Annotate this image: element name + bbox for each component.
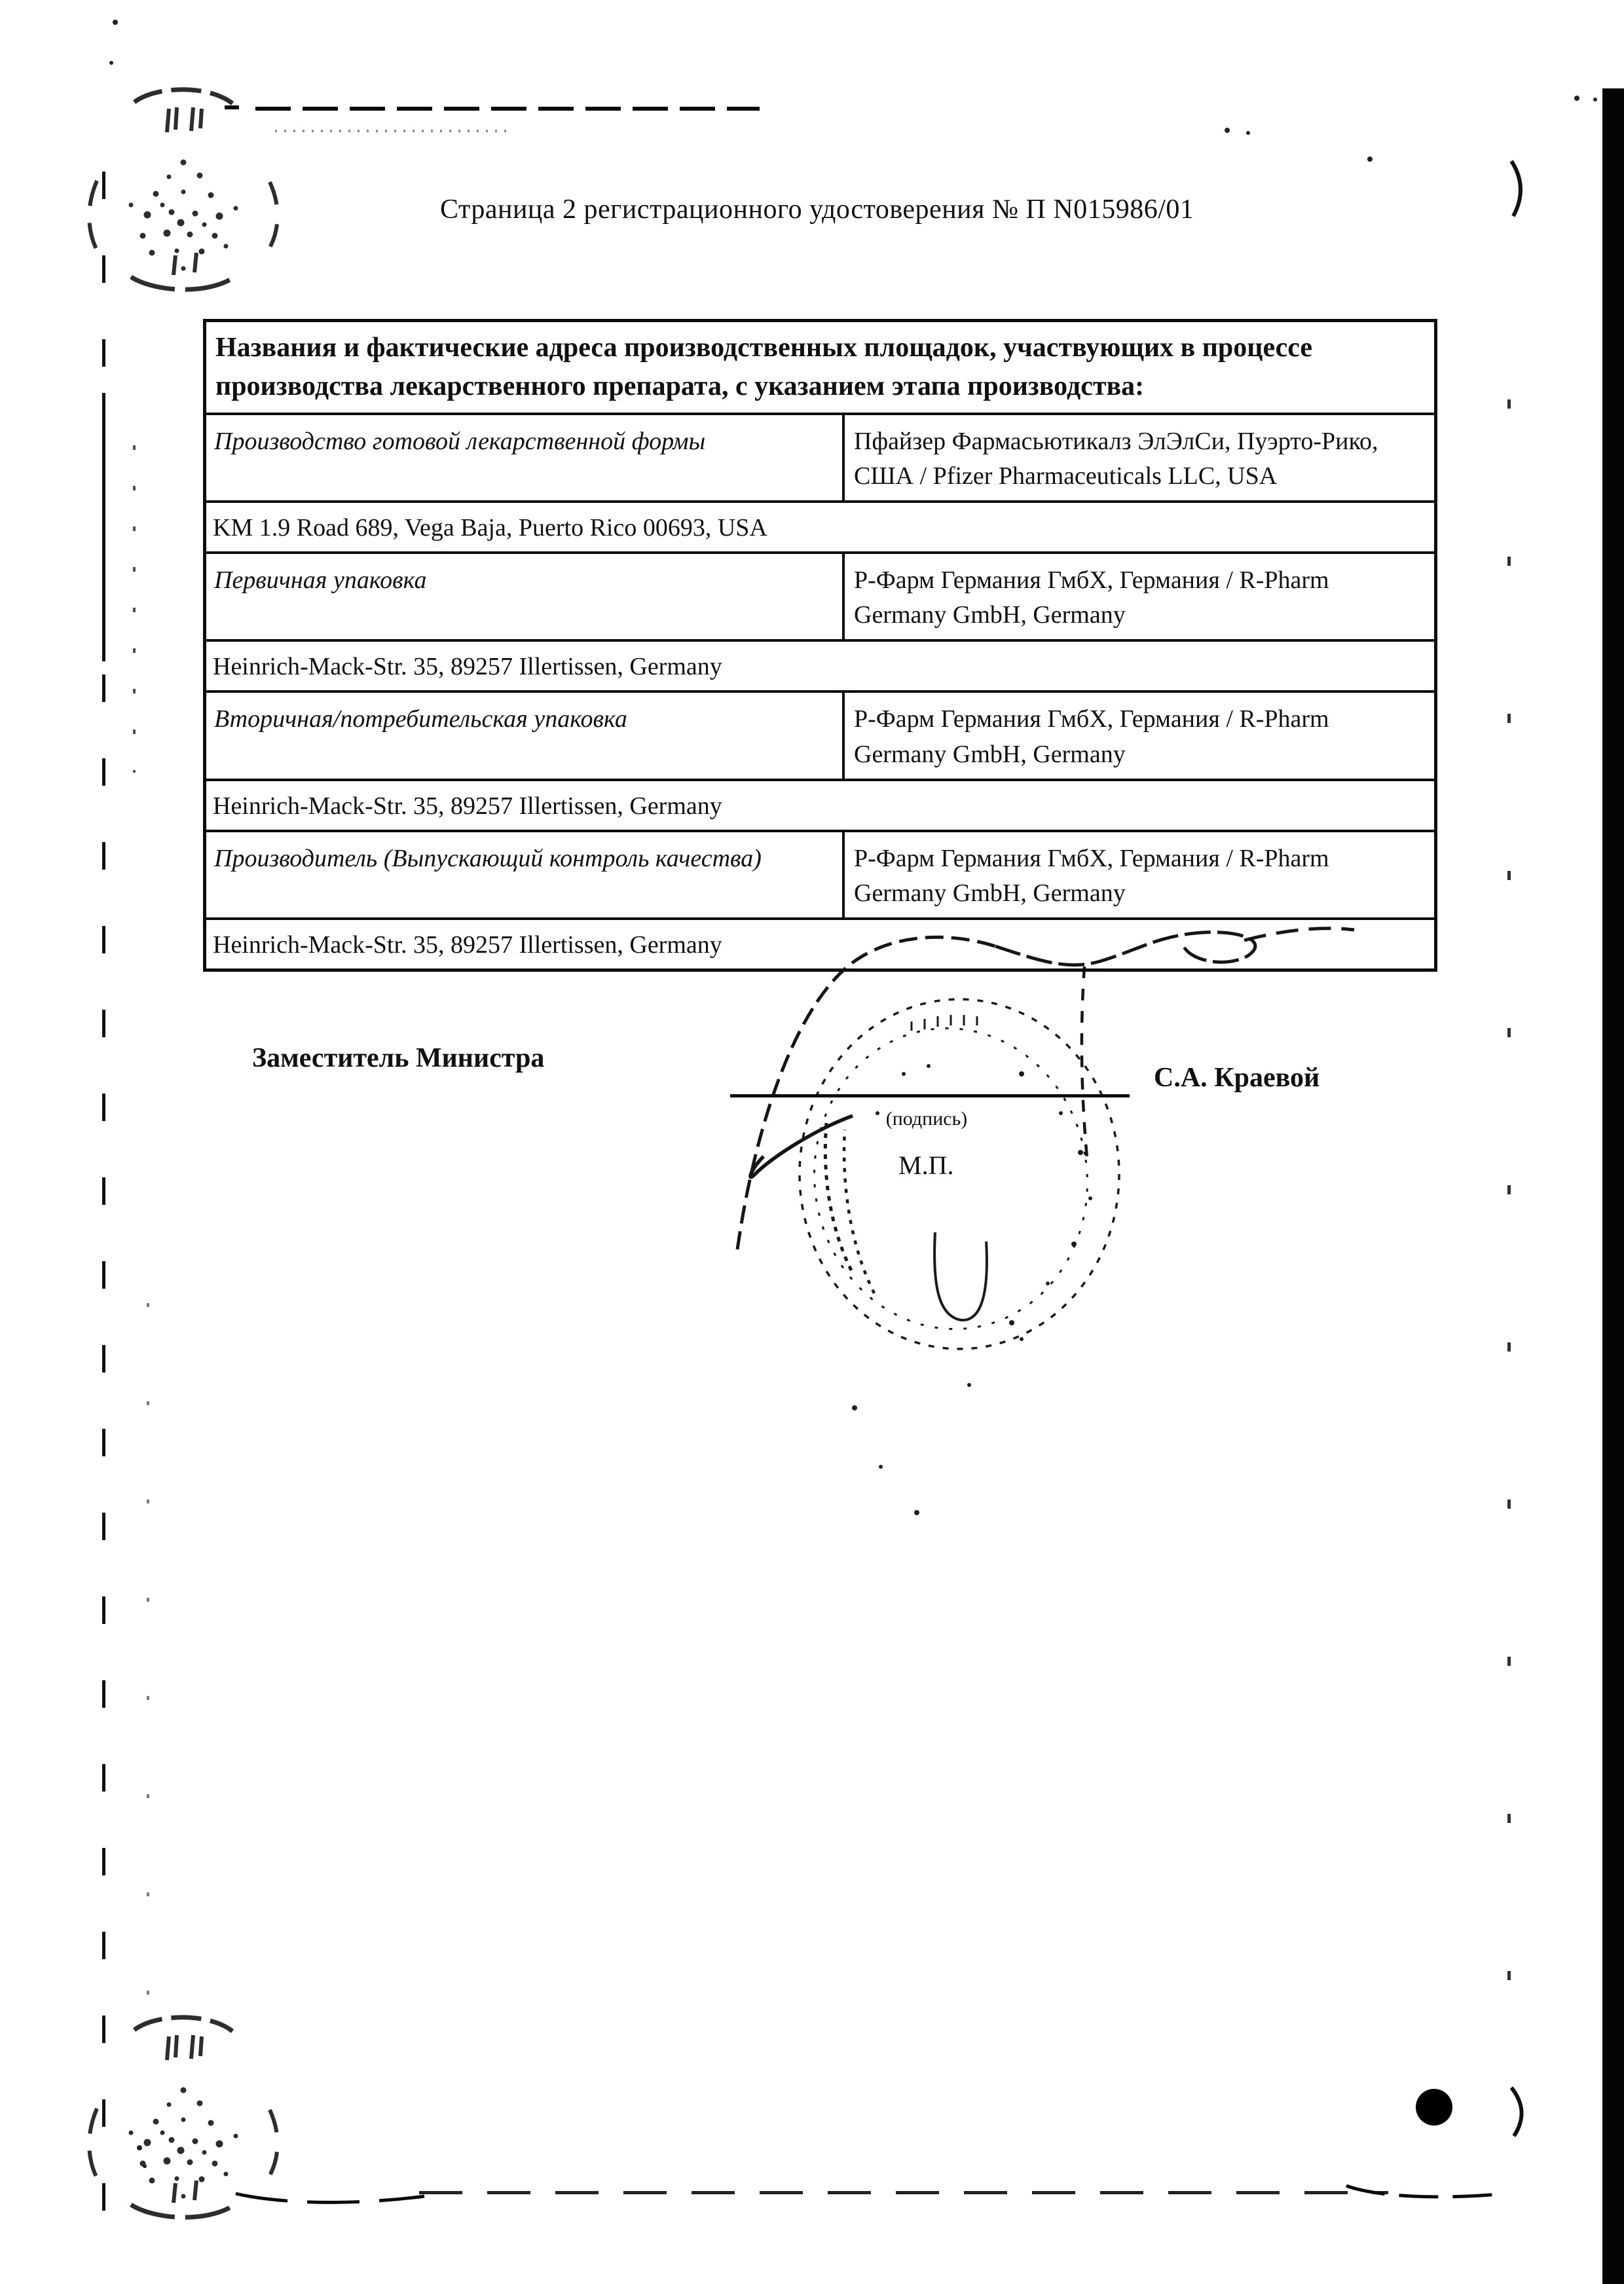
production-sites-table: Названия и фактические адреса производст…: [203, 319, 1437, 972]
table-row: Производитель (Выпускающий контроль каче…: [206, 830, 1434, 917]
production-stage-cell: Производитель (Выпускающий контроль каче…: [206, 832, 845, 917]
production-stage-cell: Вторичная/потребительская упаковка: [206, 693, 845, 778]
production-stage-cell: Производство готовой лекарственной формы: [206, 415, 845, 500]
scan-top-dash-fragment: [225, 105, 239, 109]
emblem-watermark-top: [89, 90, 278, 289]
signature-caption: (подпись): [871, 1108, 982, 1130]
signatory-name: С.А. Краевой: [1154, 1062, 1319, 1094]
table-row: Вторичная/потребительская упаковка Р-Фар…: [206, 690, 1434, 778]
scan-dotted-row: [275, 130, 511, 132]
page-title: Страница 2 регистрационного удостоверени…: [440, 194, 1194, 225]
manufacturer-cell: Р-Фарм Германия ГмбХ, Германия / R-Pharm…: [845, 832, 1434, 917]
scanned-certificate-page: Страница 2 регистрационного удостоверени…: [0, 0, 1624, 2284]
seal-placeholder-label: М.П.: [898, 1150, 953, 1181]
scan-paren-bottom-right: [1511, 2088, 1522, 2136]
manufacturer-cell: Р-Фарм Германия ГмбХ, Германия / R-Pharm…: [845, 554, 1434, 639]
scan-left-speck-column-2: [147, 1303, 149, 2036]
punch-dot: [1416, 2089, 1452, 2126]
signature-line: [730, 1094, 1130, 1097]
official-stamp: [795, 999, 1119, 1387]
address-row: Heinrich-Mack-Str. 35, 89257 Illertissen…: [206, 639, 1434, 690]
address-row: Heinrich-Mack-Str. 35, 89257 Illertissen…: [206, 917, 1434, 968]
manufacturer-cell: Р-Фарм Германия ГмбХ, Германия / R-Pharm…: [845, 693, 1434, 778]
scan-bottom-dashed-line: [419, 2191, 1388, 2194]
scan-edge-bar: [1602, 88, 1624, 2284]
table-row: Производство готовой лекарственной формы…: [206, 413, 1434, 500]
table-row: Первичная упаковка Р-Фарм Германия ГмбХ,…: [206, 551, 1434, 639]
scan-right-speck-column: [1507, 399, 1511, 2082]
address-row: KM 1.9 Road 689, Vega Baja, Puerto Rico …: [206, 500, 1434, 551]
table-header: Названия и фактические адреса производст…: [206, 322, 1434, 413]
production-stage-cell: Первичная упаковка: [206, 554, 845, 639]
scan-left-solid-segment: [102, 393, 105, 661]
emblem-watermark-bottom: [89, 2017, 278, 2217]
address-row: Heinrich-Mack-Str. 35, 89257 Illertissen…: [206, 779, 1434, 830]
scan-top-dashed-line: [255, 107, 760, 111]
scan-paren-top-right: [1511, 161, 1521, 216]
manufacturer-cell: Пфайзер Фармасьютикалз ЭлЭлСи, Пуэрто-Ри…: [845, 415, 1434, 500]
signatory-title: Заместитель Министра: [252, 1042, 544, 1074]
scan-left-speck-column: [133, 445, 136, 773]
